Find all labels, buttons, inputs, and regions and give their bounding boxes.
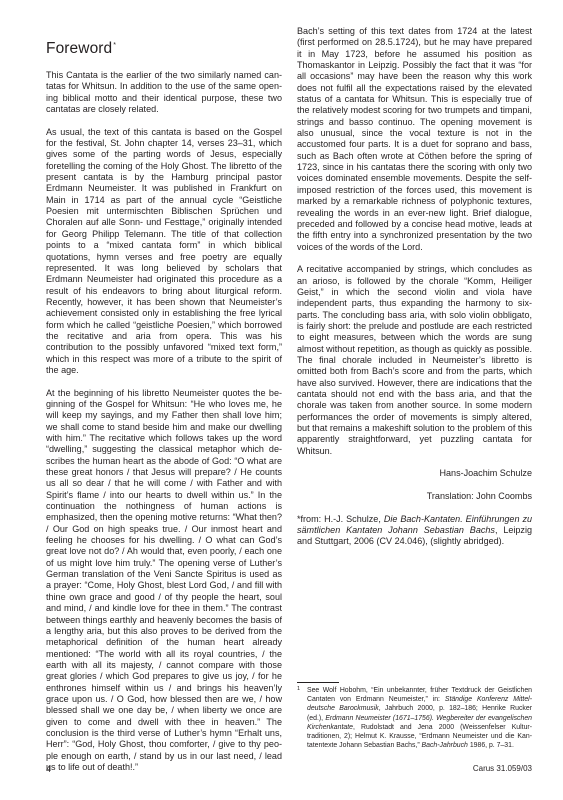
source-note: *from: H.-J. Schulze, Die Bach-Kantaten.…: [297, 514, 532, 548]
body-paragraph: A recitative accompanied by strings, whi…: [297, 264, 532, 457]
footnote-divider: [297, 682, 339, 683]
left-column: This Cantata is the earlier of the two s…: [46, 70, 282, 785]
source-note-prefix: *from: H.-J. Schulze,: [297, 514, 384, 524]
body-paragraph: As usual, the text of this cantata is ba…: [46, 127, 282, 377]
footnote-number: 1: [297, 685, 300, 694]
page-title: Foreword*: [46, 40, 116, 58]
body-paragraph: At the beginning of his libretto Neumeis…: [46, 388, 282, 774]
footnote-italic: Bach-Jahrbuch: [422, 742, 468, 749]
document-page: Foreword* This Cantata is the earlier of…: [0, 0, 563, 800]
catalog-number: Carus 31.059/03: [473, 764, 532, 773]
footnote-text: 1986, p. 7–31.: [468, 742, 514, 749]
footnote: 1 See Wolf Hobohm, “Ein unbekannter, frü…: [297, 686, 532, 750]
right-column: Bach’s setting of this text dates from 1…: [297, 26, 532, 559]
author-signature: Hans-Joachim Schulze: [297, 468, 532, 479]
title-text: Foreword: [46, 40, 112, 57]
title-footnote-marker: *: [113, 42, 116, 49]
translator-credit: Translation: John Coombs: [297, 491, 532, 502]
page-number: 4: [46, 764, 51, 774]
body-paragraph: Bach’s setting of this text dates from 1…: [297, 26, 532, 253]
body-paragraph: This Cantata is the earlier of the two s…: [46, 70, 282, 115]
